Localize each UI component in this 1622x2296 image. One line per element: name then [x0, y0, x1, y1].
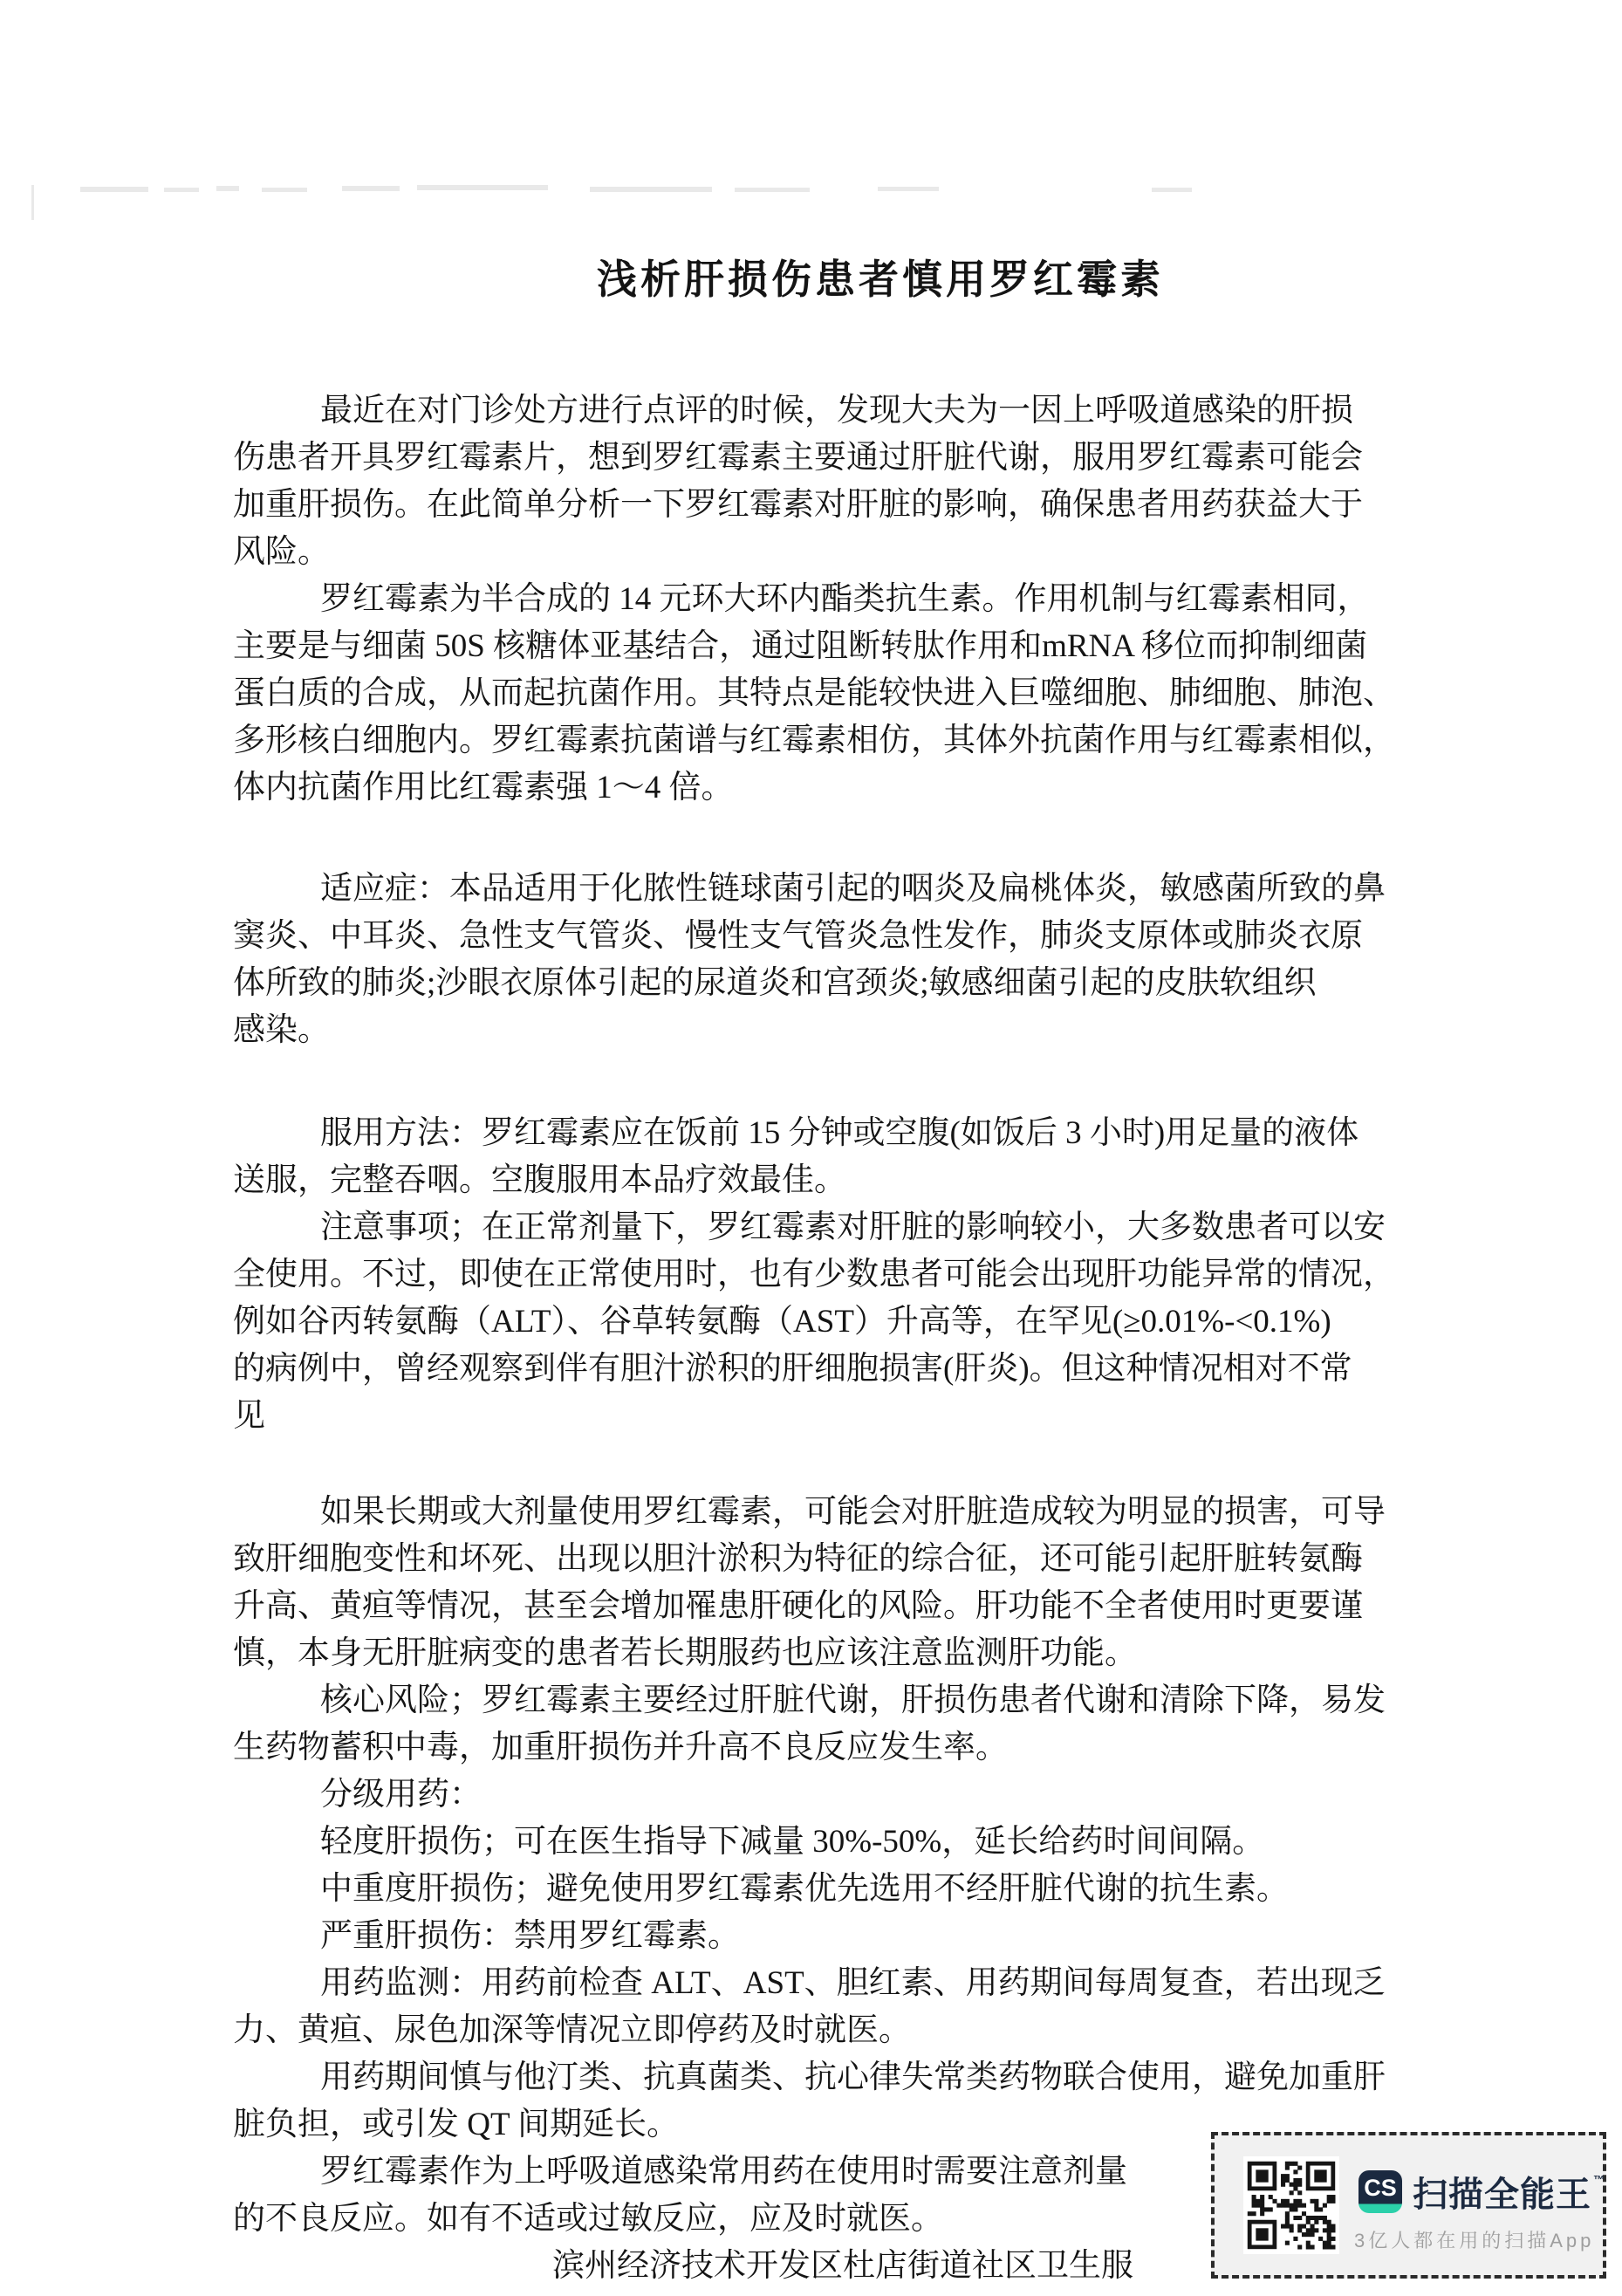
camscanner-brand: CS 扫描全能王™ — [1359, 2167, 1605, 2217]
paragraph: 轻度肝损伤；可在医生指导下减量 30%-50%，延长给药时间间隔。 — [233, 1819, 1465, 1866]
logo-letters: CS — [1364, 2175, 1397, 2202]
page-title: 浅析肝损伤患者慎用罗红霉素 — [264, 258, 1496, 302]
paragraph: 最近在对门诊处方进行点评的时候，发现大夫为一因上呼吸道感染的肝损 伤患者开具罗红… — [233, 387, 1465, 576]
scan-artifact-dash — [164, 188, 199, 192]
paragraph: 如果长期或大剂量使用罗红霉素，可能会对肝脏造成较为明显的损害，可导 致肝细胞变性… — [233, 1489, 1465, 1677]
paragraph: 适应症：本品适用于化脓性链球菌引起的咽炎及扁桃体炎，敏感菌所致的鼻 窦炎、中耳炎… — [233, 866, 1465, 1054]
camscanner-watermark: CS 扫描全能王™ 3亿人都在用的扫描App — [1211, 2132, 1606, 2279]
scan-artifact-dash — [342, 186, 400, 191]
paragraph: 分级用药： — [233, 1772, 1465, 1819]
scanned-document-page: 浅析肝损伤患者慎用罗红霉素 最近在对门诊处方进行点评的时候，发现大夫为一因上呼吸… — [0, 0, 1622, 2296]
qr-code — [1243, 2156, 1339, 2254]
paragraph: 中重度肝损伤；避免使用罗红霉素优先选用不经肝脏代谢的抗生素。 — [233, 1866, 1465, 1913]
scan-artifact-dash — [735, 188, 810, 192]
scan-artifact-dash — [878, 187, 939, 191]
scan-artifact-dash — [216, 186, 239, 191]
paragraph: 用药监测：用药前检查 ALT、AST、胆红素、用药期间每周复查，若出现乏 力、黄… — [233, 1960, 1465, 2054]
scan-artifact-dash — [417, 185, 548, 190]
paragraph: 核心风险；罗红霉素主要经过肝脏代谢，肝损伤患者代谢和清除下降，易发 生药物蓄积中… — [233, 1677, 1465, 1772]
scan-artifact-dash — [80, 187, 148, 192]
scan-artifact-dash — [262, 188, 307, 192]
camscanner-logo-icon: CS — [1359, 2170, 1402, 2213]
scan-artifact-dash — [1152, 188, 1192, 192]
scan-artifact-mark — [31, 185, 34, 220]
document-body: 最近在对门诊处方进行点评的时候，发现大夫为一因上呼吸道感染的肝损 伤患者开具罗红… — [233, 387, 1465, 2290]
app-tagline: 3亿人都在用的扫描App — [1354, 2226, 1594, 2253]
paragraph: 严重肝损伤：禁用罗红霉素。 — [233, 1913, 1465, 1960]
scan-artifact-dash — [590, 187, 712, 192]
app-name: 扫描全能王™ — [1413, 2167, 1605, 2217]
paragraph: 服用方法：罗红霉素应在饭前 15 分钟或空腹(如饭后 3 小时)用足量的液体 送… — [233, 1110, 1465, 1204]
paragraph: 罗红霉素为半合成的 14 元环大环内酯类抗生素。作用机制与红霉素相同， 主要是与… — [233, 576, 1465, 812]
trademark-symbol: ™ — [1593, 2173, 1605, 2186]
paragraph: 注意事项；在正常剂量下，罗红霉素对肝脏的影响较小，大多数患者可以安 全使用。不过… — [233, 1204, 1465, 1440]
